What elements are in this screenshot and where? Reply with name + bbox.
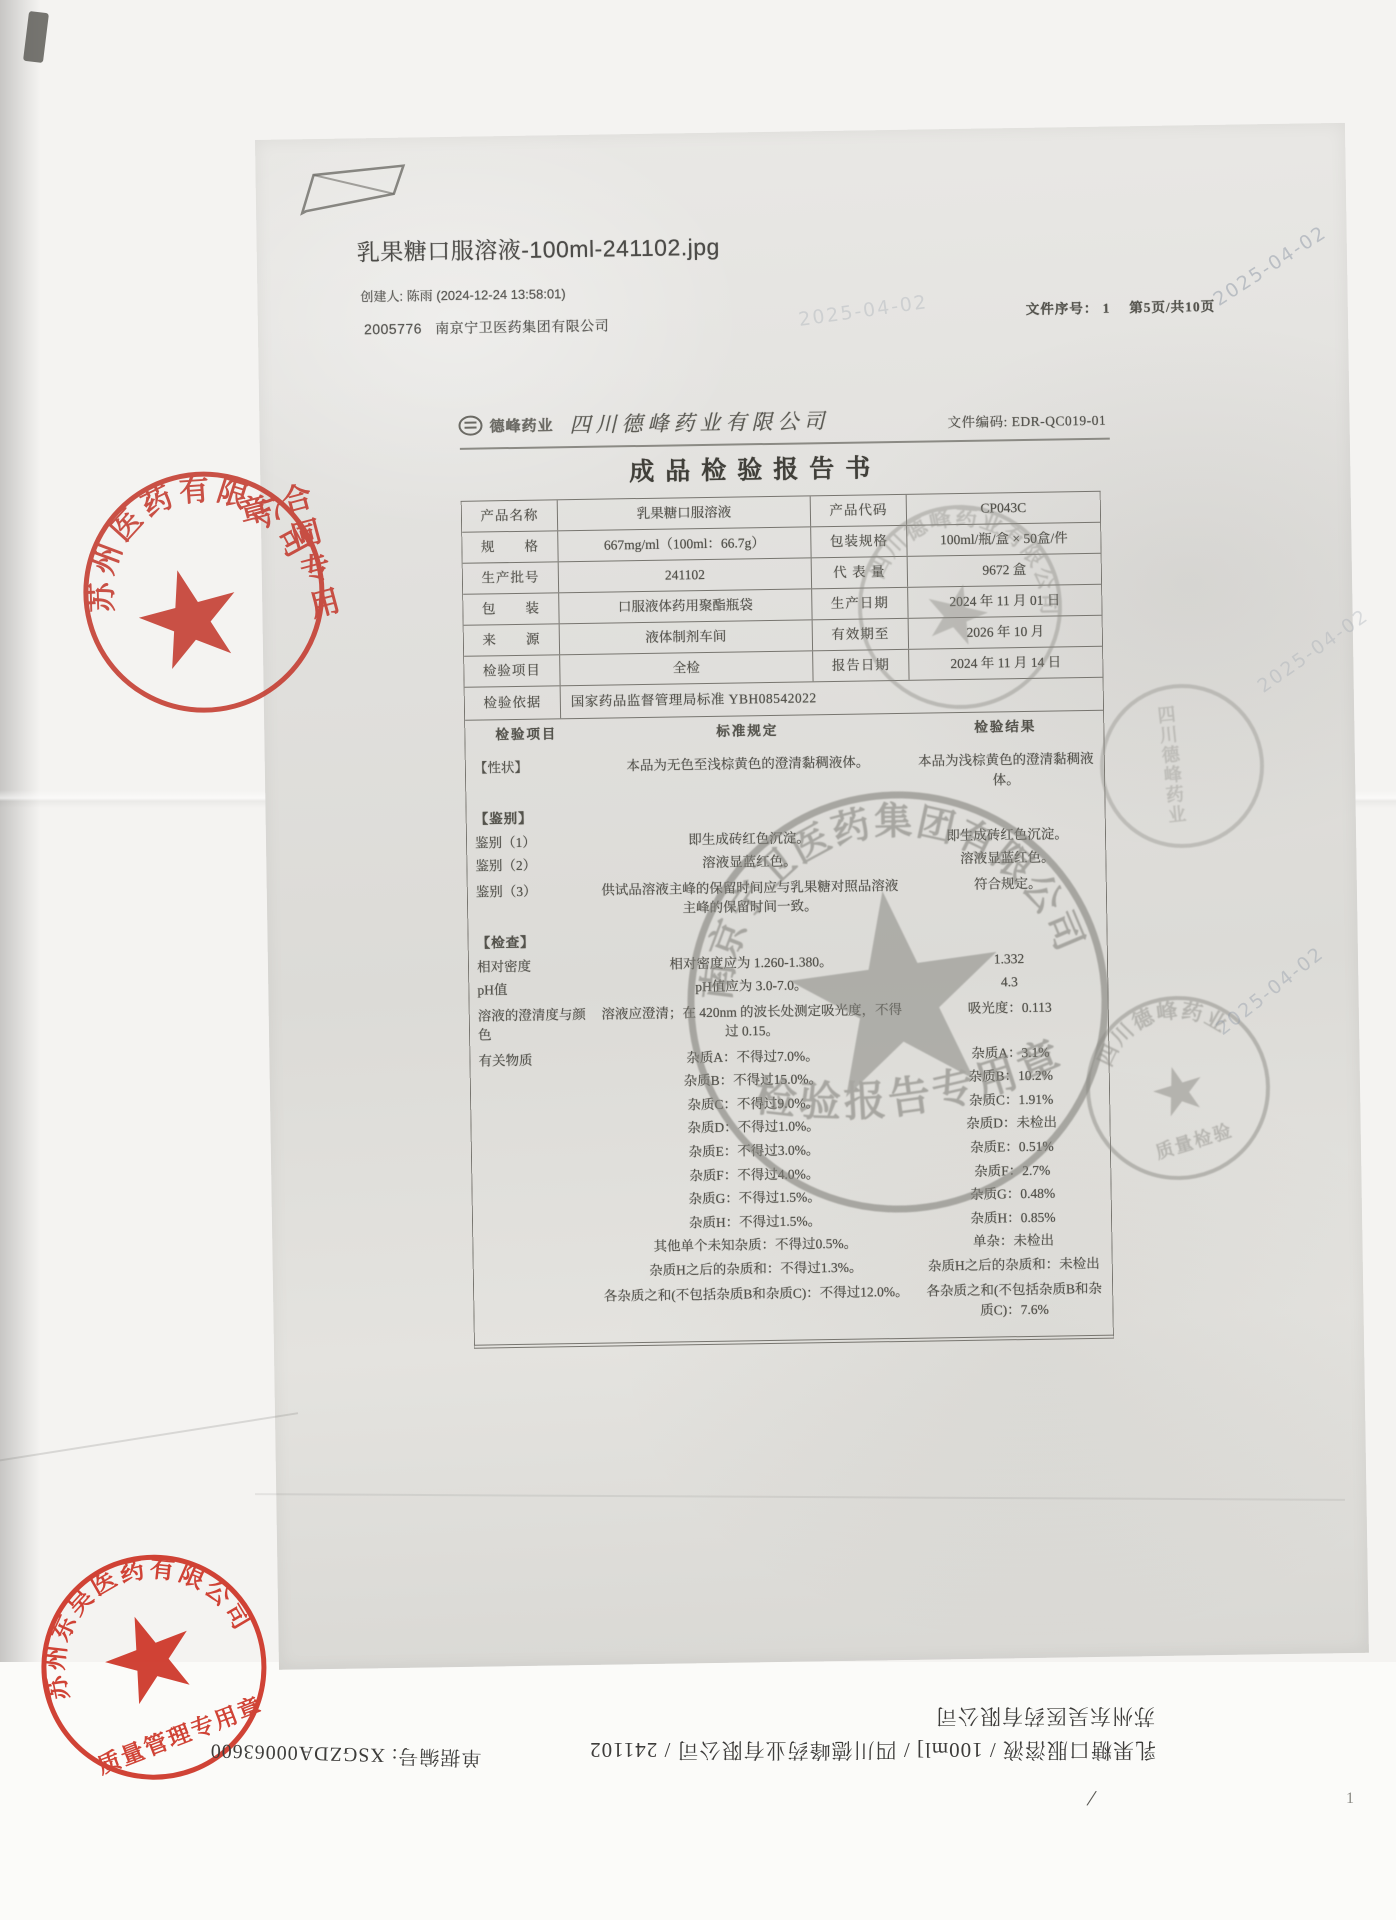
info-value: 2024 年 11 月 14 日 bbox=[908, 647, 1102, 680]
table-row: 各杂质之和(不包括杂质B和杂质C)：不得过12.0%。 各杂质之和(不包括杂质B… bbox=[474, 1279, 1113, 1328]
item-cell: pH值 bbox=[469, 979, 591, 1000]
info-label: 有效期至 bbox=[812, 619, 908, 651]
result-cell: 单杂：未检出 bbox=[915, 1230, 1111, 1253]
standard-cell: 杂质H：不得过1.5%。 bbox=[595, 1209, 915, 1234]
info-value: 667mg/ml（100ml：66.7g） bbox=[557, 527, 810, 561]
standard-cell: 相对密度应为 1.260-1.380。 bbox=[591, 950, 911, 975]
result-cell: 杂质H：0.85% bbox=[915, 1206, 1111, 1229]
standard-cell: 杂质A：不得过7.0%。 bbox=[592, 1045, 912, 1070]
info-label: 检验项目 bbox=[464, 655, 559, 686]
company-name: 四川德峰药业有限公司 bbox=[569, 405, 829, 439]
table-row: 溶液的澄清度与颜色 溶液应澄清；在 420nm 的波长处测定吸光度，不得过 0.… bbox=[470, 996, 1109, 1045]
col-result: 检验结果 bbox=[907, 711, 1103, 744]
col-standard: 标准规定 bbox=[587, 714, 907, 749]
item-cell bbox=[471, 1120, 593, 1122]
info-label: 产品代码 bbox=[810, 495, 906, 527]
logo-text: 德峰药业 bbox=[489, 414, 553, 436]
info-value: 液体制剂车间 bbox=[559, 620, 812, 654]
item-cell bbox=[473, 1214, 595, 1216]
item-cell bbox=[471, 1097, 593, 1099]
doc-code: 文件编码: EDR-QC019-01 bbox=[947, 409, 1106, 431]
col-item: 检验项目 bbox=[465, 719, 587, 751]
result-cell: 杂质D：未检出 bbox=[913, 1112, 1109, 1135]
file-seq: 文件序号： 1 第5页/共10页 bbox=[1026, 295, 1216, 318]
folded-corner-icon bbox=[295, 159, 446, 231]
info-value: 241102 bbox=[558, 558, 811, 592]
info-label: 来 源 bbox=[464, 624, 559, 655]
basis-label: 检验依据 bbox=[465, 686, 560, 719]
info-value: 乳果糖口服溶液 bbox=[557, 496, 810, 530]
item-cell: 溶液的澄清度与颜色 bbox=[470, 1004, 593, 1045]
result-cell: 杂质H之后的杂质和：未检出 bbox=[916, 1253, 1112, 1276]
result-cell bbox=[910, 924, 1106, 927]
info-value: 100ml/瓶/盒 × 50盒/件 bbox=[906, 523, 1100, 556]
created-by-line: 创建人: 陈雨 (2024-12-24 13:58:01) bbox=[360, 283, 565, 305]
item-cell: 【鉴别】 bbox=[467, 808, 589, 829]
item-cell bbox=[471, 1073, 593, 1075]
result-cell: 杂质E：0.51% bbox=[914, 1136, 1110, 1159]
standard-cell: 溶液应澄清；在 420nm 的波长处测定吸光度，不得过 0.15。 bbox=[592, 999, 913, 1043]
item-cell: 有关物质 bbox=[470, 1050, 592, 1071]
standard-cell: 本品为无色至浅棕黄色的澄清黏稠液体。 bbox=[588, 752, 908, 777]
reversed-product-line: 乳果糖口服溶液 / 100ml] / 四川德峰药业有限公司 / 241102 bbox=[550, 1736, 1195, 1766]
item-cell: 鉴别（2） bbox=[467, 855, 589, 876]
result-cell: 杂质B：10.2% bbox=[913, 1065, 1109, 1088]
table-row: 【性状】 本品为无色至浅棕黄色的澄清黏稠液体。 本品为浅棕黄色的澄清黏稠液体。 bbox=[466, 749, 1105, 798]
result-cell: 杂质C：1.91% bbox=[913, 1089, 1109, 1112]
info-label: 包装规格 bbox=[810, 526, 906, 558]
file-title: 乳果糖口服溶液-100ml-241102.jpg bbox=[356, 229, 720, 268]
result-cell: 杂质G：0.48% bbox=[915, 1183, 1111, 1206]
info-rows: 产品名称 乳果糖口服溶液 产品代码 CP043C 规 格 667mg/ml（10… bbox=[462, 492, 1103, 688]
standard-cell: 供试品溶液主峰的保留时间应与乳果糖对照品溶液主峰的保留时间一致。 bbox=[590, 876, 911, 920]
reversed-company-line: 苏州东吴医药有限公司 bbox=[900, 1702, 1190, 1732]
org-name: 南京宁卫医药集团有限公司 bbox=[435, 317, 609, 336]
report-table: 产品名称 乳果糖口服溶液 产品代码 CP043C 规 格 667mg/ml（10… bbox=[461, 491, 1114, 1348]
result-cell: 1.332 bbox=[911, 947, 1107, 970]
result-cell: 各杂质之和(不包括杂质B和杂质C)：7.6% bbox=[916, 1279, 1113, 1321]
info-label: 报告日期 bbox=[812, 650, 908, 682]
result-rows: 【性状】 本品为无色至浅棕黄色的澄清黏稠液体。 本品为浅棕黄色的澄清黏稠液体。 … bbox=[466, 741, 1113, 1344]
standard-cell bbox=[589, 803, 909, 808]
standard-cell: 杂质B：不得过15.0%。 bbox=[593, 1068, 913, 1093]
item-cell: 鉴别（3） bbox=[468, 881, 590, 902]
header-rule bbox=[460, 438, 1110, 450]
item-cell bbox=[472, 1144, 594, 1146]
item-cell: 相对密度 bbox=[469, 955, 591, 976]
standard-cell: 杂质F：不得过4.0%。 bbox=[594, 1162, 914, 1187]
star-icon bbox=[130, 557, 250, 673]
result-cell: 杂质A：3.1% bbox=[912, 1041, 1108, 1064]
result-cell: 本品为浅棕黄色的澄清黏稠液体。 bbox=[908, 749, 1105, 791]
scan-left-edge bbox=[0, 0, 40, 1920]
standard-cell: 杂质G：不得过1.5%。 bbox=[595, 1186, 915, 1211]
item-cell: 【检查】 bbox=[468, 932, 590, 953]
info-value: 2026 年 10 月 bbox=[908, 616, 1102, 649]
standard-cell: 溶液显蓝红色。 bbox=[589, 850, 909, 875]
standard-cell bbox=[590, 927, 910, 932]
info-value: 2024 年 11 月 01 日 bbox=[907, 585, 1101, 618]
item-cell bbox=[472, 1167, 594, 1169]
standard-cell: 其他单个未知杂质：不得过0.5%。 bbox=[595, 1233, 915, 1258]
item-cell: 鉴别（1） bbox=[467, 832, 589, 853]
defeng-logo-icon bbox=[457, 414, 483, 436]
standard-cell: pH值应为 3.0-7.0。 bbox=[591, 974, 911, 999]
standard-cell: 杂质D：不得过1.0%。 bbox=[593, 1115, 913, 1140]
org-line: 2005776 南京宁卫医药集团有限公司 bbox=[364, 315, 609, 339]
standard-cell: 杂质C：不得过9.0%。 bbox=[593, 1092, 913, 1117]
info-label: 生产日期 bbox=[811, 588, 907, 620]
info-value: 全检 bbox=[559, 651, 812, 685]
org-code: 2005776 bbox=[364, 320, 422, 337]
result-cell: 杂质F：2.7% bbox=[914, 1159, 1110, 1182]
info-label: 产品名称 bbox=[462, 500, 557, 531]
photographed-report: 乳果糖口服溶液-100ml-241102.jpg 创建人: 陈雨 (2024-1… bbox=[255, 123, 1369, 1670]
result-cell: 4.3 bbox=[911, 971, 1107, 994]
info-label: 生产批号 bbox=[463, 562, 558, 593]
paper-crease bbox=[0, 1412, 298, 1466]
item-cell bbox=[474, 1262, 596, 1264]
info-value: 9672 盒 bbox=[907, 554, 1101, 587]
report-header: 德峰药业 四川德峰药业有限公司 bbox=[457, 405, 829, 441]
item-cell bbox=[473, 1238, 595, 1240]
info-label: 包 装 bbox=[463, 593, 558, 624]
standard-cell: 杂质E：不得过3.0%。 bbox=[594, 1139, 914, 1164]
result-cell: 溶液显蓝红色。 bbox=[909, 847, 1105, 870]
item-cell: 【性状】 bbox=[466, 757, 588, 778]
standard-cell: 杂质H之后的杂质和：不得过1.3%。 bbox=[596, 1257, 916, 1282]
result-cell: 吸光度：0.113 bbox=[912, 996, 1108, 1019]
table-row: 鉴别（3） 供试品溶液主峰的保留时间应与乳果糖对照品溶液主峰的保留时间一致。 符… bbox=[468, 873, 1107, 922]
info-label: 代 表 量 bbox=[811, 557, 907, 589]
item-cell bbox=[474, 1287, 596, 1289]
paper-bottom-band bbox=[0, 1662, 1396, 1920]
item-cell bbox=[473, 1191, 595, 1193]
standard-cell: 各杂质之和(不包括杂质B和杂质C)：不得过12.0%。 bbox=[596, 1282, 916, 1307]
result-cell: 符合规定。 bbox=[910, 873, 1106, 896]
info-label: 规 格 bbox=[462, 531, 557, 562]
report-title: 成品检验报告书 bbox=[540, 447, 971, 490]
result-cell bbox=[908, 800, 1104, 803]
standard-cell: 即生成砖红色沉淀。 bbox=[589, 827, 909, 852]
result-cell: 即生成砖红色沉淀。 bbox=[909, 823, 1105, 846]
page-corner-number: 1 bbox=[1346, 1790, 1354, 1808]
info-value: CP043C bbox=[906, 492, 1100, 525]
info-value: 口服液体药用聚酯瓶袋 bbox=[558, 589, 811, 623]
